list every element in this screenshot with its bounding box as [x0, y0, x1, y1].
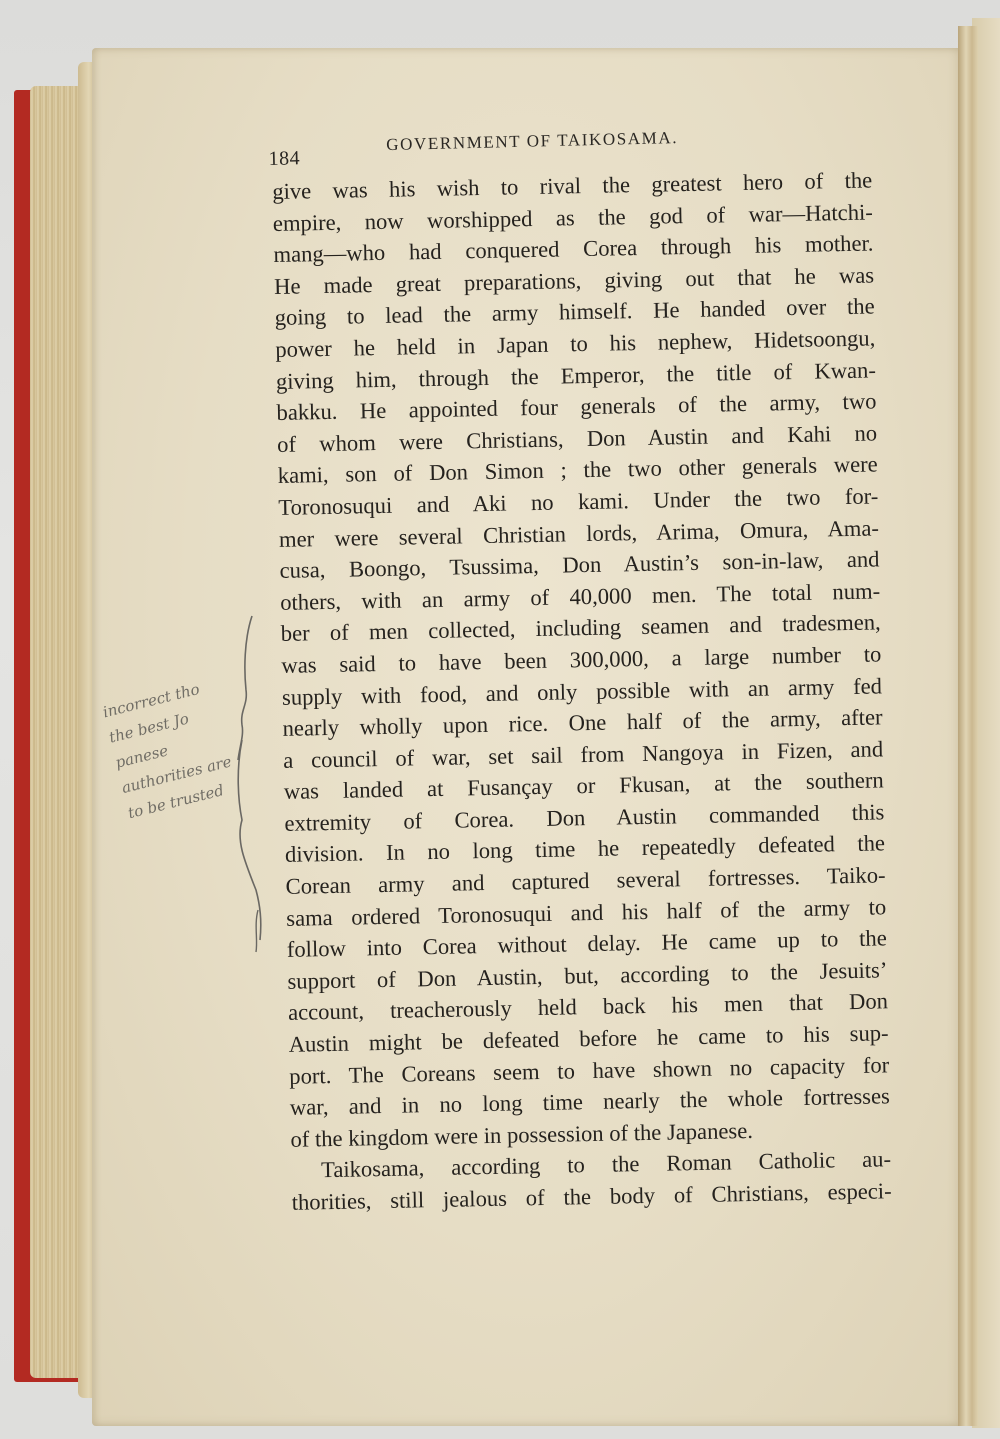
page-number: 184 — [268, 147, 300, 171]
running-title: GOVERNMENT OF TAIKOSAMA. — [386, 128, 678, 155]
pencil-bracket-icon — [230, 610, 270, 960]
book-gutter — [958, 26, 978, 1426]
body-text: give was his wish to rival the greatest … — [272, 164, 892, 1218]
